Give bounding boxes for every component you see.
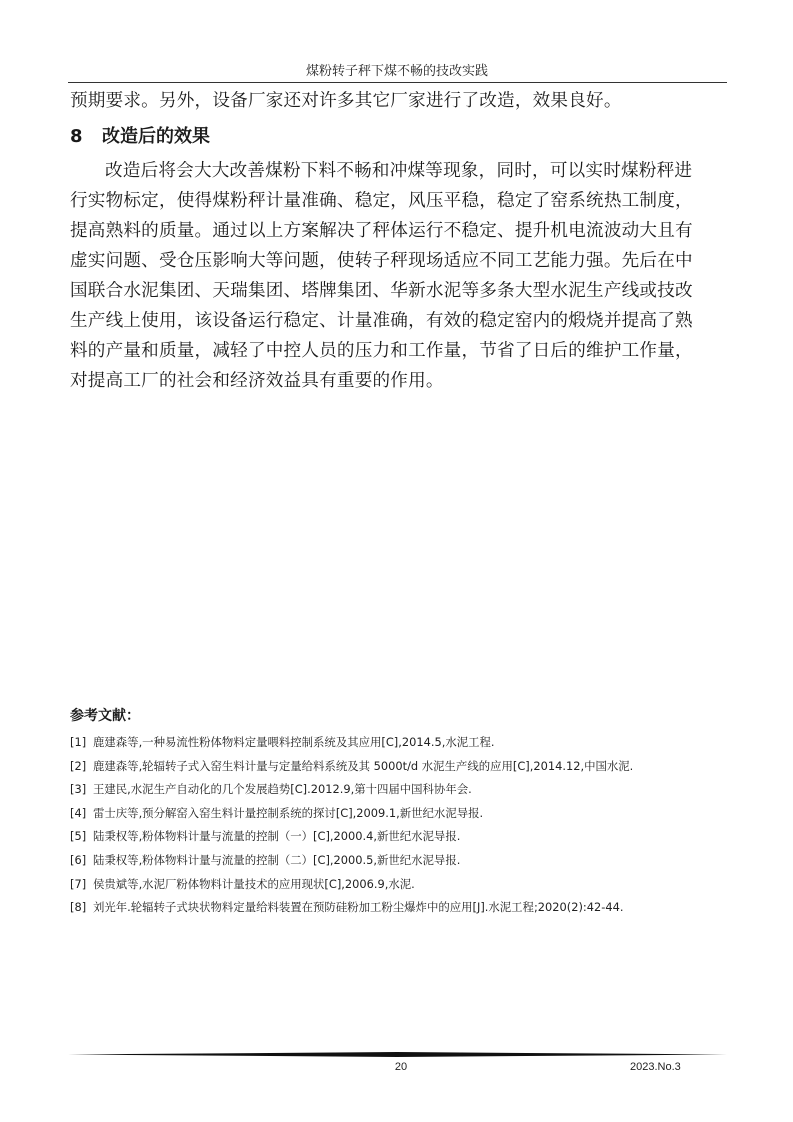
issue-label: 2023.No.3	[630, 1061, 710, 1073]
running-header: 煤粉转子秤下煤不畅的技改实践	[68, 64, 726, 80]
reference-text: 雷士庆等,预分解窑入窑生料计量控制系统的探讨[C],2009.1,新世纪水泥导报…	[93, 806, 483, 820]
paragraph-line: 改造后将会大大改善煤粉下料不畅和冲煤等现象，同时，可以实时煤粉秤进	[70, 156, 726, 186]
paragraph-line: 虚实问题、受仓压影响大等问题，使转子秤现场适应不同工艺能力强。先后在中	[70, 246, 726, 276]
reference-number: [5]	[70, 825, 93, 849]
reference-text: 鹿建森等,轮辐转子式入窑生料计量与定量给料系统及其 5000t/d 水泥生产线的…	[93, 759, 633, 773]
carryover-line: 预期要求。另外，设备厂家还对许多其它厂家进行了改造，效果良好。	[70, 86, 726, 116]
reference-text: 刘光年.轮辐转子式块状物料定量给料装置在预防硅粉加工粉尘爆炸中的应用[J].水泥…	[93, 900, 623, 914]
paragraph-line: 提高熟料的质量。通过以上方案解决了秤体运行不稳定、提升机电流波动大且有	[70, 216, 726, 246]
reference-number: [6]	[70, 849, 93, 873]
reference-text: 陆秉权等,粉体物料计量与流量的控制（一）[C],2000.4,新世纪水泥导报.	[93, 829, 460, 843]
body-paragraph: 改造后将会大大改善煤粉下料不畅和冲煤等现象，同时，可以实时煤粉秤进 行实物标定，…	[70, 156, 726, 396]
header-rule	[68, 82, 727, 83]
paragraph-line: 料的产量和质量，减轻了中控人员的压力和工作量，节省了日后的维护工作量，	[70, 336, 726, 366]
reference-number: [8]	[70, 896, 93, 920]
references-title: 参考文献：	[70, 706, 730, 726]
section-number: 8	[70, 126, 102, 148]
reference-item: [6]陆秉权等,粉体物料计量与流量的控制（二）[C],2000.5,新世纪水泥导…	[70, 849, 730, 873]
reference-text: 鹿建森等,一种易流性粉体物料定量喂料控制系统及其应用[C],2014.5,水泥工…	[93, 735, 495, 749]
references-section: 参考文献： [1]鹿建森等,一种易流性粉体物料定量喂料控制系统及其应用[C],2…	[70, 706, 730, 920]
reference-item: [1]鹿建森等,一种易流性粉体物料定量喂料控制系统及其应用[C],2014.5,…	[70, 731, 730, 755]
tapered-rule-graphic	[68, 1052, 727, 1057]
reference-text: 侯贵斌等,水泥厂粉体物料计量技术的应用现状[C],2006.9,水泥.	[93, 877, 415, 891]
paragraph-line: 生产线上使用，该设备运行稳定、计量准确，有效的稳定窑内的煅烧并提高了熟	[70, 306, 726, 336]
reference-text: 陆秉权等,粉体物料计量与流量的控制（二）[C],2000.5,新世纪水泥导报.	[93, 853, 460, 867]
reference-item: [2]鹿建森等,轮辐转子式入窑生料计量与定量给料系统及其 5000t/d 水泥生…	[70, 755, 730, 779]
reference-item: [7]侯贵斌等,水泥厂粉体物料计量技术的应用现状[C],2006.9,水泥.	[70, 873, 730, 897]
reference-number: [7]	[70, 873, 93, 897]
reference-number: [3]	[70, 778, 93, 802]
paragraph-line: 对提高工厂的社会和经济效益具有重要的作用。	[70, 366, 726, 396]
reference-text: 王建民,水泥生产自动化的几个发展趋势[C].2012.9,第十四届中国科协年会.	[93, 782, 472, 796]
main-content: 预期要求。另外，设备厂家还对许多其它厂家进行了改造，效果良好。 8改造后的效果 …	[70, 86, 726, 396]
reference-item: [5]陆秉权等,粉体物料计量与流量的控制（一）[C],2000.4,新世纪水泥导…	[70, 825, 730, 849]
reference-number: [1]	[70, 731, 93, 755]
paragraph-line: 行实物标定，使得煤粉秤计量准确、稳定，风压平稳，稳定了窑系统热工制度，	[70, 186, 726, 216]
paragraph-line: 国联合水泥集团、天瑞集团、塔牌集团、华新水泥等多条大型水泥生产线或技改	[70, 276, 726, 306]
reference-item: [8]刘光年.轮辐转子式块状物料定量给料装置在预防硅粉加工粉尘爆炸中的应用[J]…	[70, 896, 730, 920]
section-heading: 8改造后的效果	[70, 126, 726, 148]
reference-number: [4]	[70, 802, 93, 826]
reference-item: [3]王建民,水泥生产自动化的几个发展趋势[C].2012.9,第十四届中国科协…	[70, 778, 730, 802]
footer-rule	[68, 1052, 727, 1056]
reference-item: [4]雷士庆等,预分解窑入窑生料计量控制系统的探讨[C],2009.1,新世纪水…	[70, 802, 730, 826]
section-title: 改造后的效果	[102, 126, 210, 147]
page-number: 20	[386, 1061, 416, 1073]
reference-number: [2]	[70, 755, 93, 779]
